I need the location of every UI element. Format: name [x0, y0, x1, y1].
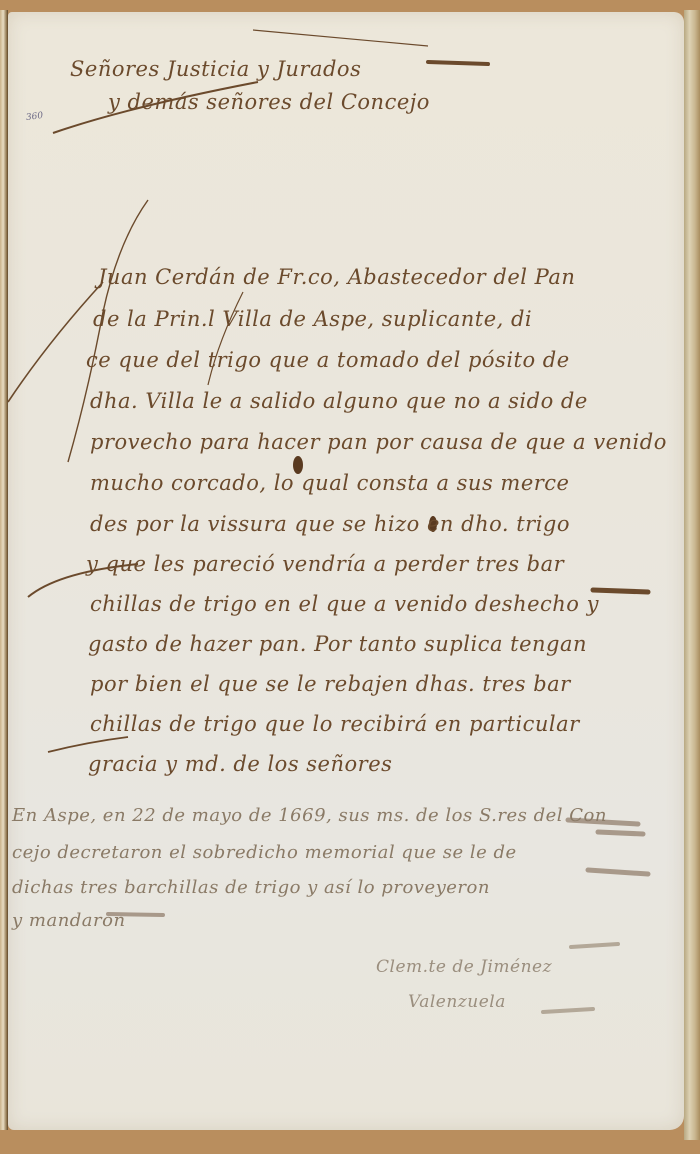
- folio-number: 360: [25, 111, 43, 123]
- signature-line: Clem.te de Jiménez: [376, 957, 552, 977]
- petition-line: des por la vissura que se hizo en dho. t…: [90, 512, 570, 536]
- address-line: Señores Justicia y Jurados: [70, 57, 361, 81]
- petition-line: dha. Villa le a salido alguno que no a s…: [90, 389, 588, 413]
- petition-line: gracia y md. de los señores: [88, 752, 392, 776]
- petition-line: mucho corcado, lo qual consta a sus merc…: [90, 471, 569, 495]
- manuscript-page: 360 Señores Justicia y Jurados y demás s…: [8, 12, 684, 1130]
- petition-line: de la Prin.l Villa de Aspe, suplicante, …: [93, 307, 532, 331]
- petition-line: gasto de hazer pan. Por tanto suplica te…: [88, 632, 587, 656]
- page-fore-edge: [684, 10, 700, 1140]
- decree-line: y mandaron: [12, 910, 126, 931]
- signature-line: Valenzuela: [408, 992, 506, 1012]
- address-line: y demás señores del Concejo: [108, 90, 430, 114]
- petition-line: y que les pareció vendría a perder tres …: [86, 552, 564, 576]
- book-binding-edge: [0, 10, 8, 1130]
- petition-line: Juan Cerdán de Fr.co, Abastecedor del Pa…: [98, 265, 575, 289]
- petition-line: provecho para hacer pan por causa de que…: [90, 430, 667, 454]
- decree-line: dichas tres barchillas de trigo y así lo…: [12, 877, 490, 898]
- petition-line: chillas de trigo en el que a venido desh…: [90, 592, 599, 616]
- decree-line: En Aspe, en 22 de mayo de 1669, sus ms. …: [12, 805, 607, 826]
- petition-line: por bien el que se le rebajen dhas. tres…: [90, 672, 571, 696]
- decree-line: cejo decretaron el sobredicho memorial q…: [12, 842, 517, 863]
- petition-line: chillas de trigo que lo recibirá en part…: [90, 712, 580, 736]
- petition-line: ce que del trigo que a tomado del pósito…: [86, 348, 570, 372]
